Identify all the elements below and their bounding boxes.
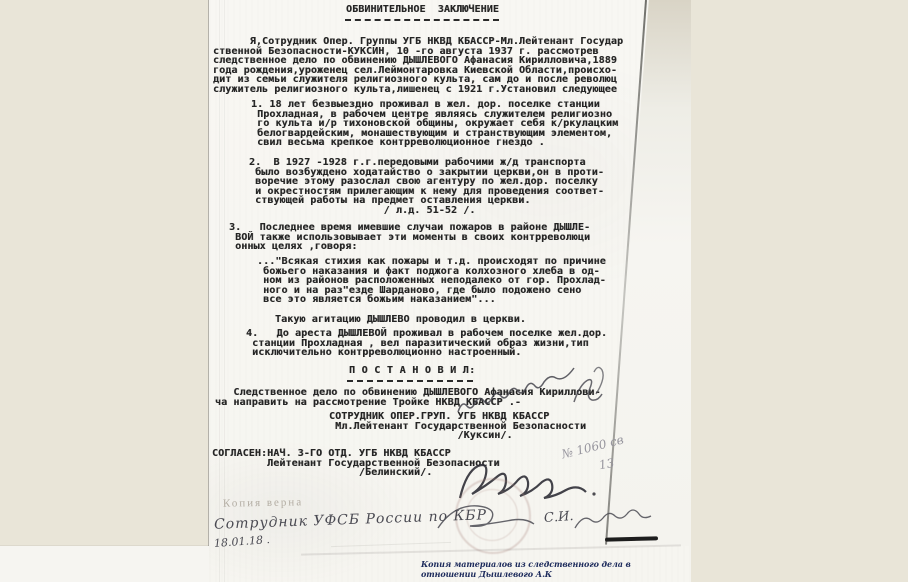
document-title: ОБВИНИТЕЛЬНОЕ ЗАКЛЮЧЕНИЕ bbox=[346, 5, 499, 15]
scanned-document: ОБВИНИТЕЛЬНОЕ ЗАКЛЮЧЕНИЕ Я,Сотрудник Опе… bbox=[208, 0, 691, 582]
agitation-line: Такую агитацию ДЫШЛЕВО проводил в церкви… bbox=[275, 315, 526, 325]
copy-true-stamp: Копия верна bbox=[223, 496, 303, 509]
quoted-statement: ..."Всякая стихия как пожары и т.д. прои… bbox=[257, 257, 606, 305]
scan-smudge bbox=[331, 542, 451, 547]
charge-item-1: 1. 18 лет безвыездно проживал в жел. дор… bbox=[251, 100, 618, 148]
certifier-signature-flourish bbox=[434, 500, 539, 538]
charge-item-4: 4. До ареста ДЫШЛЕВОЙ проживал в рабочем… bbox=[246, 329, 607, 358]
charge-item-2: 2. В 1927 -1928 г.г.передовыми рабочими … bbox=[249, 158, 604, 216]
intro-paragraph: Я,Сотрудник Опер. Группы УГБ НКВД КБАССР… bbox=[213, 37, 623, 95]
certifier-surname-squiggle bbox=[571, 506, 643, 536]
kuksin-signature bbox=[456, 368, 626, 426]
title-underline bbox=[345, 19, 499, 21]
page-caption: Копия материалов из следственного дела в… bbox=[421, 559, 683, 579]
certifier-initials: С.И. bbox=[544, 509, 575, 526]
charge-item-3: 3. Последнее время имевшие случаи пожаро… bbox=[229, 223, 590, 252]
resolution-underline bbox=[347, 380, 473, 382]
scan-bottom-left-margin bbox=[0, 546, 209, 582]
certification-date: 18.01.18 . bbox=[214, 533, 271, 550]
